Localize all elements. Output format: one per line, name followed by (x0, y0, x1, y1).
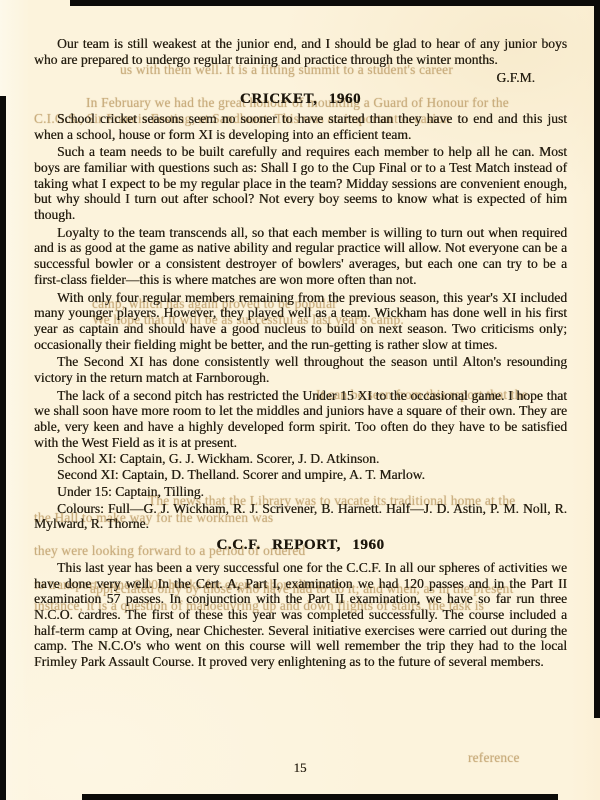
cricket-paragraph-6: The lack of a second pitch has restricte… (34, 388, 567, 451)
scan-edge-left (0, 96, 6, 800)
scan-edge-right (594, 0, 600, 718)
ccf-heading: C.C.F. REPORT, 1960 (34, 538, 567, 554)
team-line-under-15: Under 15: Captain, Tilling. (34, 484, 567, 500)
ccf-paragraph: This last year has been a very successfu… (34, 560, 567, 670)
cricket-paragraph-4: With only four regular members remaining… (34, 290, 567, 353)
scan-edge-top (70, 0, 600, 6)
author-initials: G.F.M. (34, 70, 567, 86)
cricket-paragraph-1: School cricket seasons seem no sooner to… (34, 111, 567, 142)
cricket-paragraph-2: Such a team needs to be built carefully … (34, 144, 567, 223)
cricket-heading: CRICKET, 1960 (34, 92, 567, 108)
scanned-page: { "page": { "colors": { "paper": "#fcf3d… (0, 0, 600, 800)
team-line-second-xi: Second XI: Captain, D. Thelland. Scorer … (34, 467, 567, 483)
cricket-paragraph-3: Loyalty to the team transcends all, so t… (34, 225, 567, 288)
team-line-school-xi: School XI: Captain, G. J. Wickham. Score… (34, 451, 567, 467)
scan-edge-bottom (82, 794, 558, 800)
team-line-colours: Colours: Full—G. J. Wickham, R. J. Scriv… (34, 501, 567, 532)
page-number: 15 (0, 760, 600, 776)
cricket-paragraph-5: The Second XI has done consistently well… (34, 354, 567, 385)
intro-paragraph: Our team is still weakest at the junior … (34, 36, 567, 67)
page-content: Our team is still weakest at the junior … (34, 36, 567, 670)
